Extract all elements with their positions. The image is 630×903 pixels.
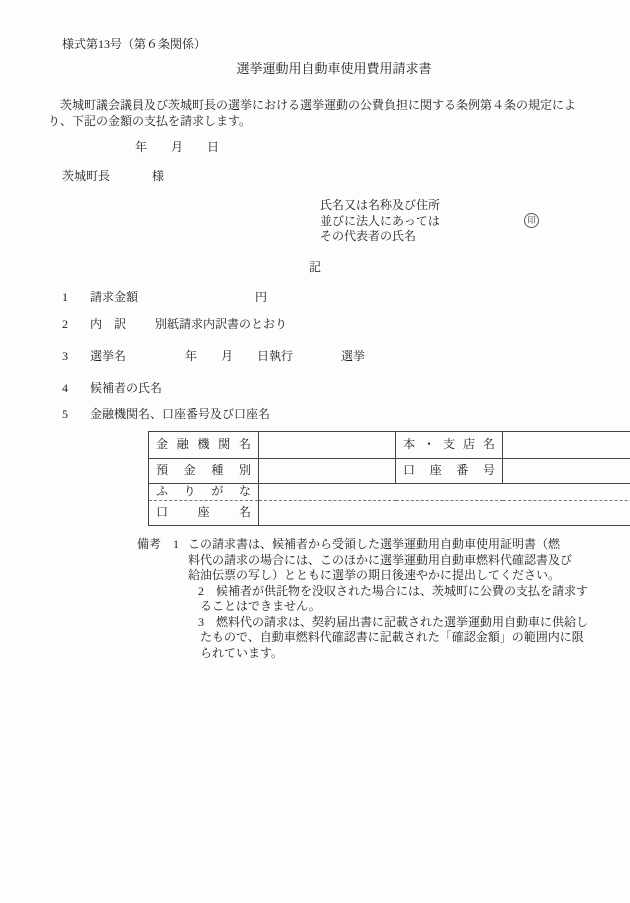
item-detail: 年 月 日執行 選挙 (185, 349, 365, 365)
intro-line: 茨城町議会議員及び茨城町長の選挙における選挙運動の公費負担に関する条例第４条の規… (48, 97, 608, 113)
item-number: 1 (62, 290, 90, 306)
date-line: 年 月 日 (135, 140, 219, 156)
remarks-heading: 備考 (137, 537, 161, 553)
note-line: 候補者が供託物を没収された場合には、茨城町に公費の支払を請求す (216, 584, 588, 598)
branch-name-value (503, 432, 630, 459)
intro-line: り、下記の金額の支払を請求します。 (48, 113, 608, 129)
item-detail: 円 (255, 290, 267, 306)
remark-note-3: 3燃料代の請求は、契約届出書に記載された選挙運動用自動車に供給し たもので、自動… (137, 615, 607, 662)
item-detail: 別紙請求内訳書のとおり (155, 317, 287, 333)
deposit-type-value (259, 459, 396, 484)
item-label: 金融機関名、口座番号及び口座名 (90, 407, 270, 423)
note-number: 1 (173, 537, 179, 553)
note-line: この請求書は、候補者から受領した選挙運動用自動車使用証明書（燃 (188, 537, 560, 551)
account-name-label: 口座名 (149, 501, 259, 526)
form-page: 様式第13号（第６条関係） 選挙運動用自動車使用費用請求書 茨城町議会議員及び茨… (0, 0, 630, 903)
item-number: 2 (62, 317, 90, 333)
remark-note-1: 1この請求書は、候補者から受領した選挙運動用自動車使用証明書（燃 料代の請求の場… (137, 537, 607, 584)
item-bank-account-info: 5金融機関名、口座番号及び口座名 (62, 407, 270, 423)
item-claim-amount: 1請求金額円 (62, 290, 267, 306)
deposit-type-label: 預金種別 (149, 459, 259, 484)
item-breakdown: 2内 訳別紙請求内訳書のとおり (62, 317, 287, 333)
note-line: たもので、自動車燃料代確認書に記載された「確認金額」の範囲内に限 (200, 630, 607, 646)
financial-institution-value (259, 432, 396, 459)
account-number-value (503, 459, 630, 484)
form-title: 選挙運動用自動車使用費用請求書 (0, 61, 630, 77)
item-number: 4 (62, 381, 90, 397)
note-line: ることはできません。 (200, 599, 607, 615)
note-line: 燃料代の請求は、契約届出書に記載された選挙運動用自動車に供給し (216, 615, 588, 629)
item-label: 請求金額 (90, 290, 138, 306)
item-label: 内 訳 (90, 317, 126, 333)
note-number: 3 (198, 615, 204, 631)
table-row: 口座名 (149, 501, 630, 526)
note-number: 2 (198, 584, 204, 600)
furigana-value (259, 484, 630, 501)
account-number-label: 口座番号 (396, 459, 503, 484)
note-line: られています。 (200, 646, 607, 662)
branch-name-label: 本・支店名 (396, 432, 503, 459)
signer-label-block: 氏名又は名称及び住所 並びに法人にあっては その代表者の氏名 (320, 198, 440, 245)
note-line: 料代の請求の場合には、このほかに選挙運動用自動車燃料代確認書及び (188, 553, 607, 569)
financial-institution-label: 金融機関名 (149, 432, 259, 459)
item-election-name: 3選挙名年 月 日執行 選挙 (62, 349, 365, 365)
addressee-name: 茨城町長 (62, 169, 110, 183)
furigana-label: ふりがな (149, 484, 259, 501)
item-candidate-name: 4候補者の氏名 (62, 381, 162, 397)
signer-label-line: その代表者の氏名 (320, 229, 440, 245)
item-label: 選挙名 (90, 349, 126, 365)
table-row: 金融機関名 本・支店名 (149, 432, 630, 459)
bank-account-table: 金融機関名 本・支店名 預金種別 口座番号 ふりがな 口座名 (148, 431, 630, 526)
honorific: 様 (152, 169, 164, 183)
item-number: 5 (62, 407, 90, 423)
ki-heading: 記 (0, 260, 630, 276)
seal-mark-icon: 印 (524, 213, 539, 228)
table-row: 預金種別 口座番号 (149, 459, 630, 484)
intro-paragraph: 茨城町議会議員及び茨城町長の選挙における選挙運動の公費負担に関する条例第４条の規… (48, 97, 608, 129)
note-line: 給油伝票の写し）とともに選挙の期日後速やかに提出してください。 (188, 568, 607, 584)
table-row: ふりがな (149, 484, 630, 501)
signer-label-line: 並びに法人にあっては (320, 214, 440, 230)
remark-note-2: 2候補者が供託物を没収された場合には、茨城町に公費の支払を請求す ることはできま… (137, 584, 607, 615)
addressee-line: 茨城町長様 (62, 169, 164, 185)
remarks-section: 備考 1この請求書は、候補者から受領した選挙運動用自動車使用証明書（燃 料代の請… (137, 537, 607, 661)
item-label: 候補者の氏名 (90, 381, 162, 397)
account-name-value (259, 501, 630, 526)
item-number: 3 (62, 349, 90, 365)
signer-label-line: 氏名又は名称及び住所 (320, 198, 440, 214)
form-number: 様式第13号（第６条関係） (62, 37, 206, 53)
